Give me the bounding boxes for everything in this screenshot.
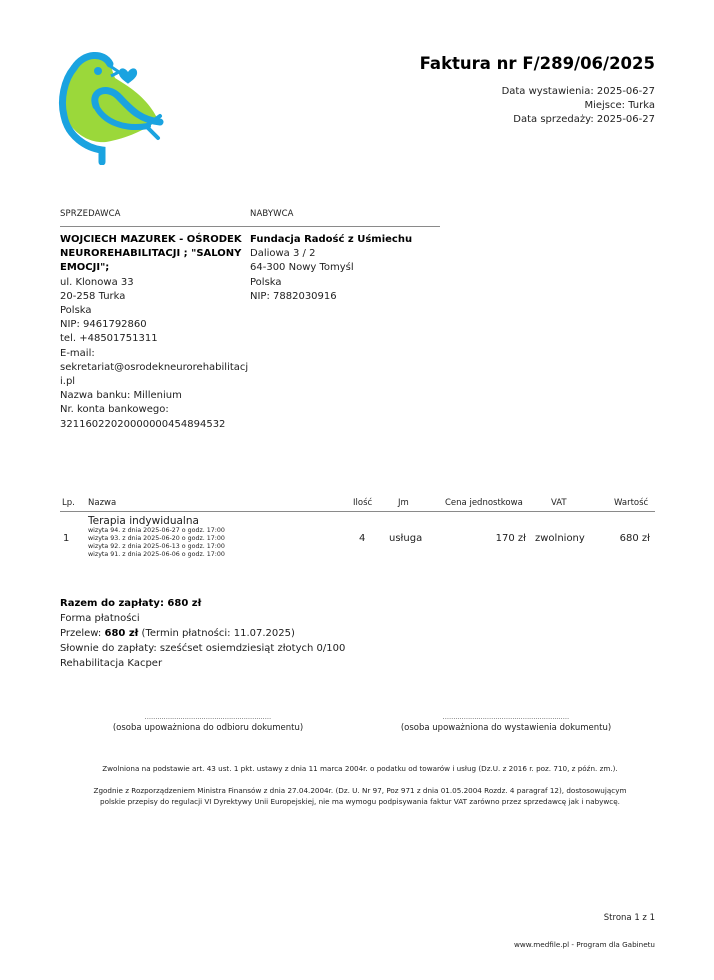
bird-with-heart-logo-icon <box>58 50 168 165</box>
seller-city: 20-258 Turka <box>60 290 250 304</box>
seller-block: WOJCIECH MAZUREK - OŚRODEK NEUROREHABILI… <box>60 233 250 432</box>
transfer-amount: 680 zł <box>104 628 138 639</box>
col-unit: Jm <box>398 498 409 508</box>
invoice-meta: Data wystawienia: 2025-06-27 Miejsce: Tu… <box>502 85 655 127</box>
payment-summary: Razem do zapłaty: 680 zł Forma płatności… <box>60 596 345 671</box>
buyer-name: Fundacja Radość z Uśmiechu <box>250 233 450 247</box>
col-name: Nazwa <box>88 498 116 508</box>
amount-in-words: Słownie do zapłaty: sześćset osiemdziesi… <box>60 641 345 656</box>
table-header-divider <box>60 511 655 512</box>
invoice-title: Faktura nr F/289/06/2025 <box>420 54 655 73</box>
col-unit-price: Cena jednostkowa <box>445 498 523 508</box>
issue-date: Data wystawienia: 2025-06-27 <box>502 85 655 99</box>
transfer-prefix: Przelew: <box>60 628 104 639</box>
seller-bank-name: Nazwa banku: Millenium <box>60 389 250 403</box>
buyer-block: Fundacja Radość z Uśmiechu Daliowa 3 / 2… <box>250 233 450 304</box>
row-unit: usługa <box>389 533 422 544</box>
total-due: Razem do zapłaty: 680 zł <box>60 598 201 609</box>
regulation-line-1: Zgodnie z Rozporządzeniem Ministra Finan… <box>40 785 680 796</box>
buyer-heading: NABYWCA <box>250 209 294 219</box>
transfer-due-date: (Termin płatności: 11.07.2025) <box>138 628 295 639</box>
seller-account-label: Nr. konta bankowego: <box>60 403 250 417</box>
buyer-country: Polska <box>250 276 450 290</box>
seller-name: WOJCIECH MAZUREK - OŚRODEK NEUROREHABILI… <box>60 233 250 276</box>
seller-nip: NIP: 9461792860 <box>60 318 250 332</box>
page-number: Strona 1 z 1 <box>604 913 655 923</box>
seller-email: sekretariat@osrodekneurorehabilitacji.pl <box>60 361 250 389</box>
signature-issuer: ........................................… <box>376 713 636 733</box>
seller-email-label: E-mail: <box>60 347 250 361</box>
row-qty: 4 <box>359 533 365 544</box>
signature-issuer-label: (osoba upoważniona do wystawienia dokume… <box>376 723 636 733</box>
row-vat: zwolniony <box>535 533 585 544</box>
seller-street: ul. Klonowa 33 <box>60 276 250 290</box>
col-vat: VAT <box>551 498 567 508</box>
row-lp: 1 <box>63 533 69 544</box>
signature-receiver-label: (osoba upoważniona do odbioru dokumentu) <box>78 723 338 733</box>
buyer-street: Daliowa 3 / 2 <box>250 247 450 261</box>
col-qty: Ilość <box>353 498 372 508</box>
parties-divider <box>60 226 440 227</box>
row-name: Terapia indywidualna <box>88 515 225 527</box>
vat-exemption-note: Zwolniona na podstawie art. 43 ust. 1 pk… <box>40 763 680 774</box>
row-value: 680 zł <box>620 533 650 544</box>
invoice-note: Rehabilitacja Kacper <box>60 656 345 671</box>
seller-phone: tel. +48501751311 <box>60 332 250 346</box>
footer-credit: www.medfile.pl - Program dla Gabinetu <box>514 940 655 949</box>
regulation-note: Zgodnie z Rozporządzeniem Ministra Finan… <box>40 785 680 807</box>
buyer-nip: NIP: 7882030916 <box>250 290 450 304</box>
transfer-line: Przelew: 680 zł (Termin płatności: 11.07… <box>60 626 345 641</box>
signature-receiver: ........................................… <box>78 713 338 733</box>
signature-line: ........................................… <box>376 713 636 723</box>
seller-heading: SPRZEDAWCA <box>60 209 121 219</box>
col-value: Wartość <box>614 498 648 508</box>
payment-form-label: Forma płatności <box>60 611 345 626</box>
buyer-city: 64-300 Nowy Tomyśl <box>250 261 450 275</box>
row-unit-price: 170 zł <box>496 533 526 544</box>
seller-country: Polska <box>60 304 250 318</box>
row-detail: wizyta 94. z dnia 2025-06-27 o godz. 17:… <box>88 527 225 535</box>
row-detail: wizyta 92. z dnia 2025-06-13 o godz. 17:… <box>88 543 225 551</box>
row-name-cell: Terapia indywidualna wizyta 94. z dnia 2… <box>88 515 225 559</box>
seller-account: 32116022020000000454894532 <box>60 418 250 432</box>
row-detail: wizyta 93. z dnia 2025-06-20 o godz. 17:… <box>88 535 225 543</box>
sale-date: Data sprzedaży: 2025-06-27 <box>502 113 655 127</box>
row-detail: wizyta 91. z dnia 2025-06-06 o godz. 17:… <box>88 551 225 559</box>
issue-place: Miejsce: Turka <box>502 99 655 113</box>
regulation-line-2: polskie przepisy do regulacji VI Dyrekty… <box>40 796 680 807</box>
company-logo <box>58 50 168 165</box>
col-lp: Lp. <box>62 498 75 508</box>
signature-line: ........................................… <box>78 713 338 723</box>
